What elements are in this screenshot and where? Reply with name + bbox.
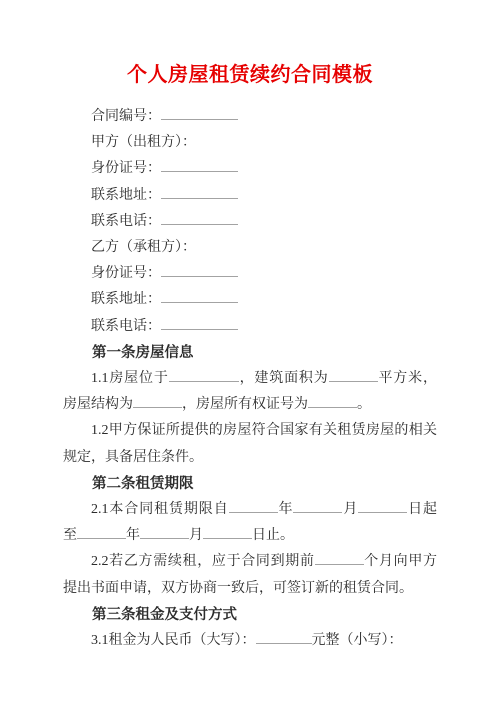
- section-heading-house-info: 第一条房屋信息: [63, 340, 437, 366]
- section-heading-lease-term: 第二条租赁期限: [63, 471, 437, 497]
- field-party-b: 乙方（承租方）：: [63, 235, 437, 261]
- blank-line: [161, 107, 238, 120]
- document-viewport: { "page": { "title": "个人房屋租赁续约合同模板", "ti…: [0, 0, 500, 707]
- section-heading-rent-payment: 第三条租金及支付方式: [63, 602, 437, 628]
- contract-page: 个人房屋租赁续约合同模板 合同编号： 甲方（出租方）： 身份证号： 联系地址： …: [0, 0, 500, 707]
- blank-line: [358, 500, 407, 513]
- blank-line: [161, 290, 238, 303]
- blank-line: [161, 159, 238, 172]
- section-house-info: 第一条房屋信息 1.1房屋位于，建筑面积为平方米，房屋结构为，房屋所有权证号为。…: [63, 340, 437, 471]
- blank-line: [161, 317, 238, 330]
- field-party-a-phone: 联系电话：: [63, 209, 437, 235]
- field-contract-number: 合同编号：: [63, 104, 437, 130]
- field-party-a: 甲方（出租方）：: [63, 130, 437, 156]
- blank-line: [133, 395, 182, 408]
- blank-line: [161, 212, 238, 225]
- field-party-b-phone: 联系电话：: [63, 314, 437, 340]
- blank-line: [308, 395, 357, 408]
- blank-line: [315, 552, 364, 565]
- blank-line: [229, 500, 278, 513]
- blank-line: [161, 186, 238, 199]
- section-rent-payment: 第三条租金及支付方式 3.1租金为人民币（大写）：元整（小写）：: [63, 602, 437, 654]
- blank-line: [329, 369, 378, 382]
- blank-line: [169, 369, 239, 382]
- clause-3-1: 3.1租金为人民币（大写）：元整（小写）：: [63, 628, 437, 654]
- blank-line: [140, 526, 189, 539]
- section-lease-term: 第二条租赁期限 2.1本合同租赁期限自年月日起至年月日止。 2.2若乙方需续租，…: [63, 471, 437, 602]
- field-party-a-address: 联系地址：: [63, 183, 437, 209]
- clause-1-1: 1.1房屋位于，建筑面积为平方米，房屋结构为，房屋所有权证号为。: [63, 366, 437, 418]
- field-party-b-address: 联系地址：: [63, 287, 437, 313]
- blank-line: [203, 526, 252, 539]
- field-party-a-id-number: 身份证号：: [63, 156, 437, 182]
- clause-1-2: 1.2甲方保证所提供的房屋符合国家有关租赁房屋的相关规定，具备居住条件。: [63, 418, 437, 470]
- page-title: 个人房屋租赁续约合同模板: [63, 62, 437, 88]
- field-party-b-id-number: 身份证号：: [63, 261, 437, 287]
- blank-line: [161, 264, 238, 277]
- blank-line: [293, 500, 342, 513]
- blank-line: [256, 631, 312, 644]
- clause-2-1: 2.1本合同租赁期限自年月日起至年月日止。: [63, 497, 437, 549]
- clause-2-2: 2.2若乙方需续租，应于合同到期前个月向甲方提出书面申请，双方协商一致后，可签订…: [63, 549, 437, 601]
- blank-line: [77, 526, 126, 539]
